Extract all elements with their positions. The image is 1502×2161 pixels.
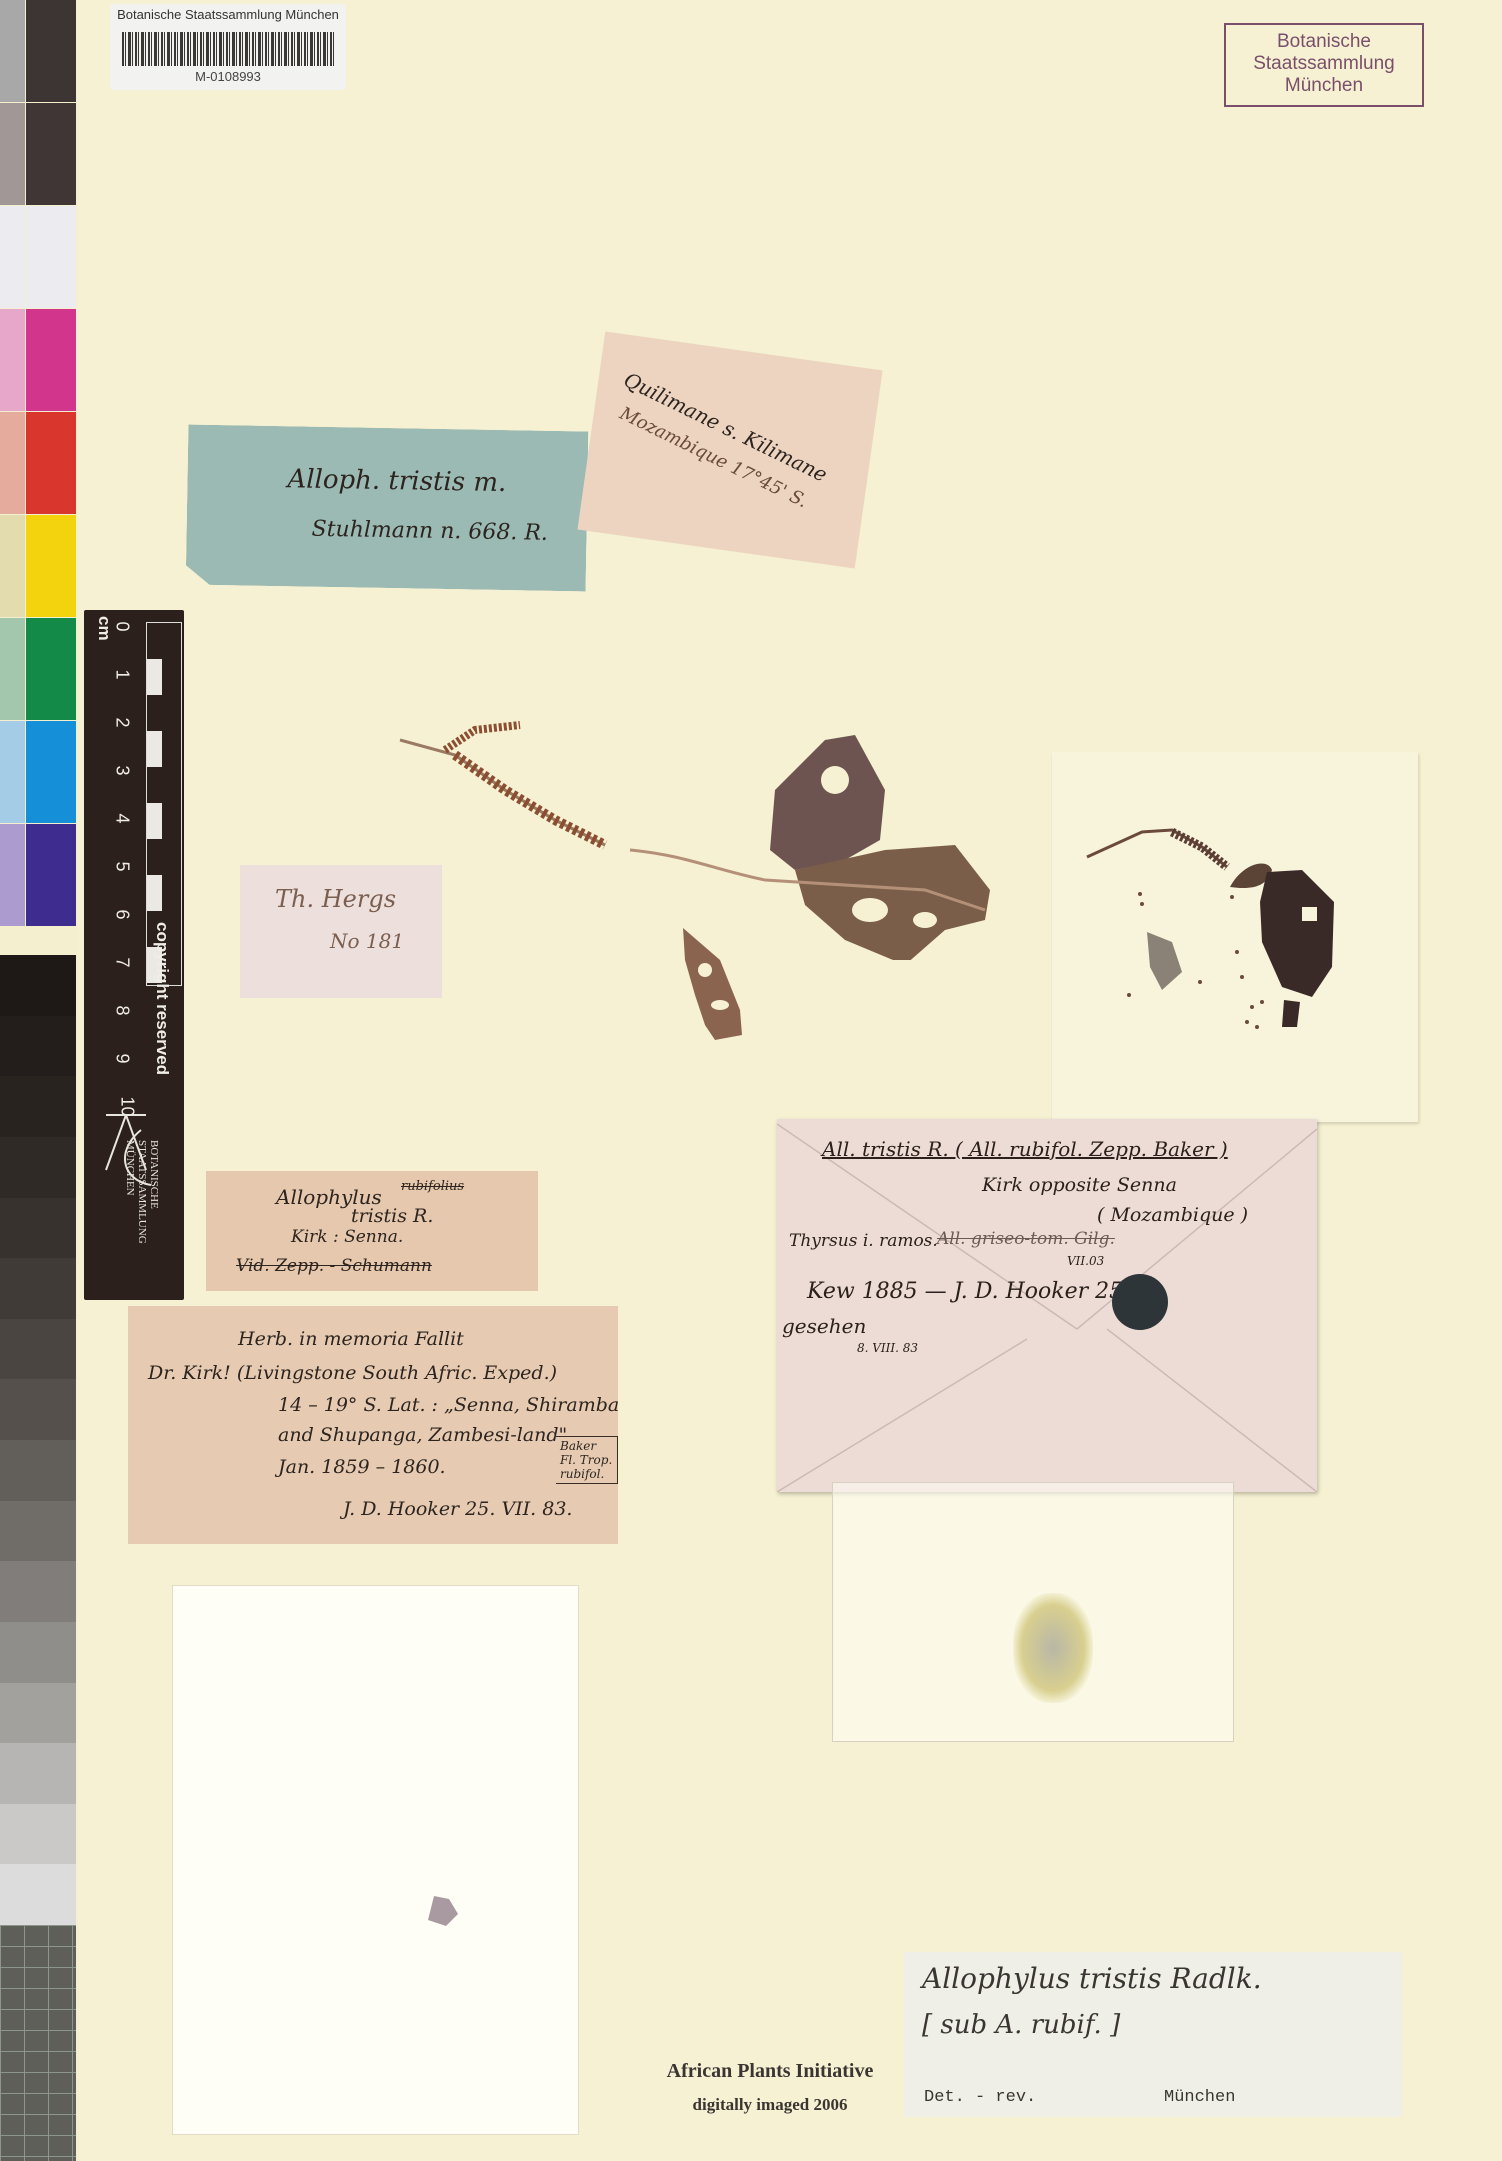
ruler-number: 2	[112, 717, 133, 727]
gray-patch	[0, 1319, 76, 1381]
gray-patch	[0, 1198, 76, 1260]
color-patch	[26, 309, 76, 411]
ruler-cell	[147, 767, 162, 803]
label-line: and Shupanga, Zambesi-land"	[278, 1424, 567, 1446]
color-patch	[0, 515, 25, 617]
label-line: Kirk : Senna.	[291, 1227, 403, 1247]
ruler-cell	[147, 731, 162, 767]
ruler-number: 8	[112, 1005, 133, 1015]
color-patch	[26, 824, 76, 926]
cellophane-packet-large	[172, 1585, 579, 2135]
imprint-title: African Plants Initiative	[650, 2060, 890, 2083]
envelope-line: VII.03	[1067, 1254, 1104, 1268]
ruler-cell	[147, 839, 162, 875]
color-patch	[0, 412, 25, 514]
gray-patch	[0, 1864, 76, 1926]
envelope-line: 8. VIII. 83	[857, 1341, 918, 1355]
gray-patch	[0, 1137, 76, 1199]
ruler-cell	[147, 659, 162, 695]
barcode-institution: Botanische Staatssammlung München	[110, 7, 346, 22]
gray-patch	[0, 1258, 76, 1320]
det-taxon: Allophylus tristis Radlk.	[922, 1962, 1262, 1995]
capsule-fragments	[1052, 752, 1418, 1122]
ruler-number: 7	[112, 957, 133, 967]
ruler-cell	[147, 803, 162, 839]
gray-patch	[0, 1743, 76, 1805]
ruler-number: 3	[112, 765, 133, 775]
envelope-line: Kirk opposite Senna	[982, 1174, 1177, 1196]
det-note: [ sub A. rubif. ]	[922, 2010, 1120, 2040]
scale-ruler: cm 012345678910 copyright reserved BOTAN…	[84, 610, 184, 1300]
label-line: tristis R.	[351, 1205, 433, 1227]
label-line: Stuhlmann n. 668. R.	[311, 517, 548, 546]
barcode-number: M-0108993	[110, 69, 346, 84]
bsm-logo: BOTANISCHE STAATSSAMMLUNG MÜNCHEN	[94, 1110, 174, 1285]
packet-stain	[1013, 1593, 1093, 1703]
det-rev: Det. - rev.	[924, 2088, 1036, 2107]
determination-label: Allophylus tristis Radlk. [ sub A. rubif…	[904, 1952, 1402, 2117]
label-line: 14 – 19° S. Lat. : „Senna, Shiramba	[278, 1394, 619, 1416]
ruler-number: 5	[112, 861, 133, 871]
copyright-text: copyright reserved	[152, 922, 172, 1075]
ruler-number: 6	[112, 909, 133, 919]
envelope-line: All. griseo-tom. Gilg.	[937, 1229, 1115, 1249]
envelope-line: gesehen	[782, 1314, 866, 1338]
cellophane-packet-small	[832, 1482, 1234, 1742]
gray-patch	[0, 1379, 76, 1441]
packet-fragment	[428, 1896, 458, 1926]
imaging-imprint: African Plants Initiative digitally imag…	[650, 2060, 890, 2115]
label-line: Vid. Zepp. - Schumann	[236, 1256, 432, 1276]
fragment-capsule	[1052, 752, 1418, 1122]
gray-patch	[0, 1804, 76, 1866]
stamp-line: Botanische	[1226, 31, 1422, 53]
label-collector-stuhlmann: Alloph. tristis m. Stuhlmann n. 668. R.	[186, 425, 589, 592]
gray-patch	[0, 1622, 76, 1684]
color-patch	[26, 721, 76, 823]
label-allophylus-kirk: Allophylus rubifolius tristis R. Kirk : …	[206, 1171, 538, 1291]
wax-seal	[1112, 1274, 1168, 1330]
label-collector-hergs: Th. Hergs No 181	[240, 865, 442, 998]
color-patch	[0, 309, 25, 411]
gray-patch	[0, 1016, 76, 1078]
color-patch	[26, 206, 76, 308]
label-kirk-expedition: Herb. in memoria Fallit Dr. Kirk! (Livin…	[128, 1306, 618, 1544]
gray-patch	[0, 1683, 76, 1745]
label-line: Th. Hergs	[275, 885, 396, 913]
ruler-number: 0	[112, 621, 133, 631]
color-patch	[26, 515, 76, 617]
stamp-line: München	[1226, 75, 1422, 97]
color-patch	[0, 206, 25, 308]
specimen-envelope: All. tristis R. ( All. rubifol. Zepp. Ba…	[777, 1119, 1317, 1492]
color-patch	[0, 618, 25, 720]
color-patch	[0, 824, 25, 926]
institution-stamp: Botanische Staatssammlung München	[1224, 23, 1424, 107]
color-patch	[0, 721, 25, 823]
gray-patch	[0, 1076, 76, 1138]
label-signature: J. D. Hooker 25. VII. 83.	[343, 1498, 572, 1520]
ruler-cell	[147, 695, 162, 731]
gray-patch	[0, 1440, 76, 1502]
ruler-number: 1	[112, 669, 133, 679]
color-patch	[26, 618, 76, 720]
color-patch	[26, 0, 76, 102]
stamp-line: Staatssammlung	[1226, 53, 1422, 75]
cutting-mat-grid	[0, 1925, 76, 2161]
label-line: No 181	[330, 929, 404, 953]
label-locality-quilimane: Quilimane s. Kilimane Mozambique 17°45' …	[577, 331, 882, 568]
envelope-line: ( Mozambique )	[1097, 1204, 1248, 1226]
color-patch	[26, 103, 76, 205]
color-calibration-chart	[0, 0, 76, 1930]
imprint-subtitle: digitally imaged 2006	[650, 2095, 890, 2115]
gray-patch	[0, 1501, 76, 1563]
inflorescence-specimen	[395, 710, 625, 860]
label-line: Herb. in memoria Fallit	[238, 1328, 464, 1350]
ruler-number: 4	[112, 813, 133, 823]
det-place: München	[1164, 2088, 1235, 2107]
label-struck-text: rubifolius	[401, 1179, 464, 1194]
gray-patch	[0, 955, 76, 1017]
barcode-label: Botanische Staatssammlung München M-0108…	[110, 4, 346, 90]
ruler-cell	[147, 875, 162, 911]
ruler-number: 9	[112, 1053, 133, 1063]
leaf-fragment	[680, 925, 750, 1050]
label-line: Alloph. tristis m.	[287, 464, 506, 498]
label-side-note: Baker Fl. Trop. rubifol.	[556, 1436, 618, 1484]
color-patch	[0, 0, 25, 102]
label-line: Dr. Kirk! (Livingstone South Afric. Expe…	[148, 1362, 557, 1384]
ruler-cell	[147, 623, 162, 659]
envelope-line: All. tristis R. ( All. rubifol. Zepp. Ba…	[822, 1137, 1228, 1161]
logo-org-text: BOTANISCHE STAATSSAMMLUNG MÜNCHEN	[124, 1140, 160, 1244]
color-patch	[0, 103, 25, 205]
barcode-icon	[122, 32, 334, 66]
label-line: Jan. 1859 – 1860.	[278, 1456, 446, 1478]
envelope-line: Kew 1885 — J. D. Hooker 25.	[807, 1279, 1130, 1304]
gray-patch	[0, 1561, 76, 1623]
color-patch	[26, 412, 76, 514]
envelope-line: Thyrsus i. ramos.	[789, 1231, 938, 1251]
